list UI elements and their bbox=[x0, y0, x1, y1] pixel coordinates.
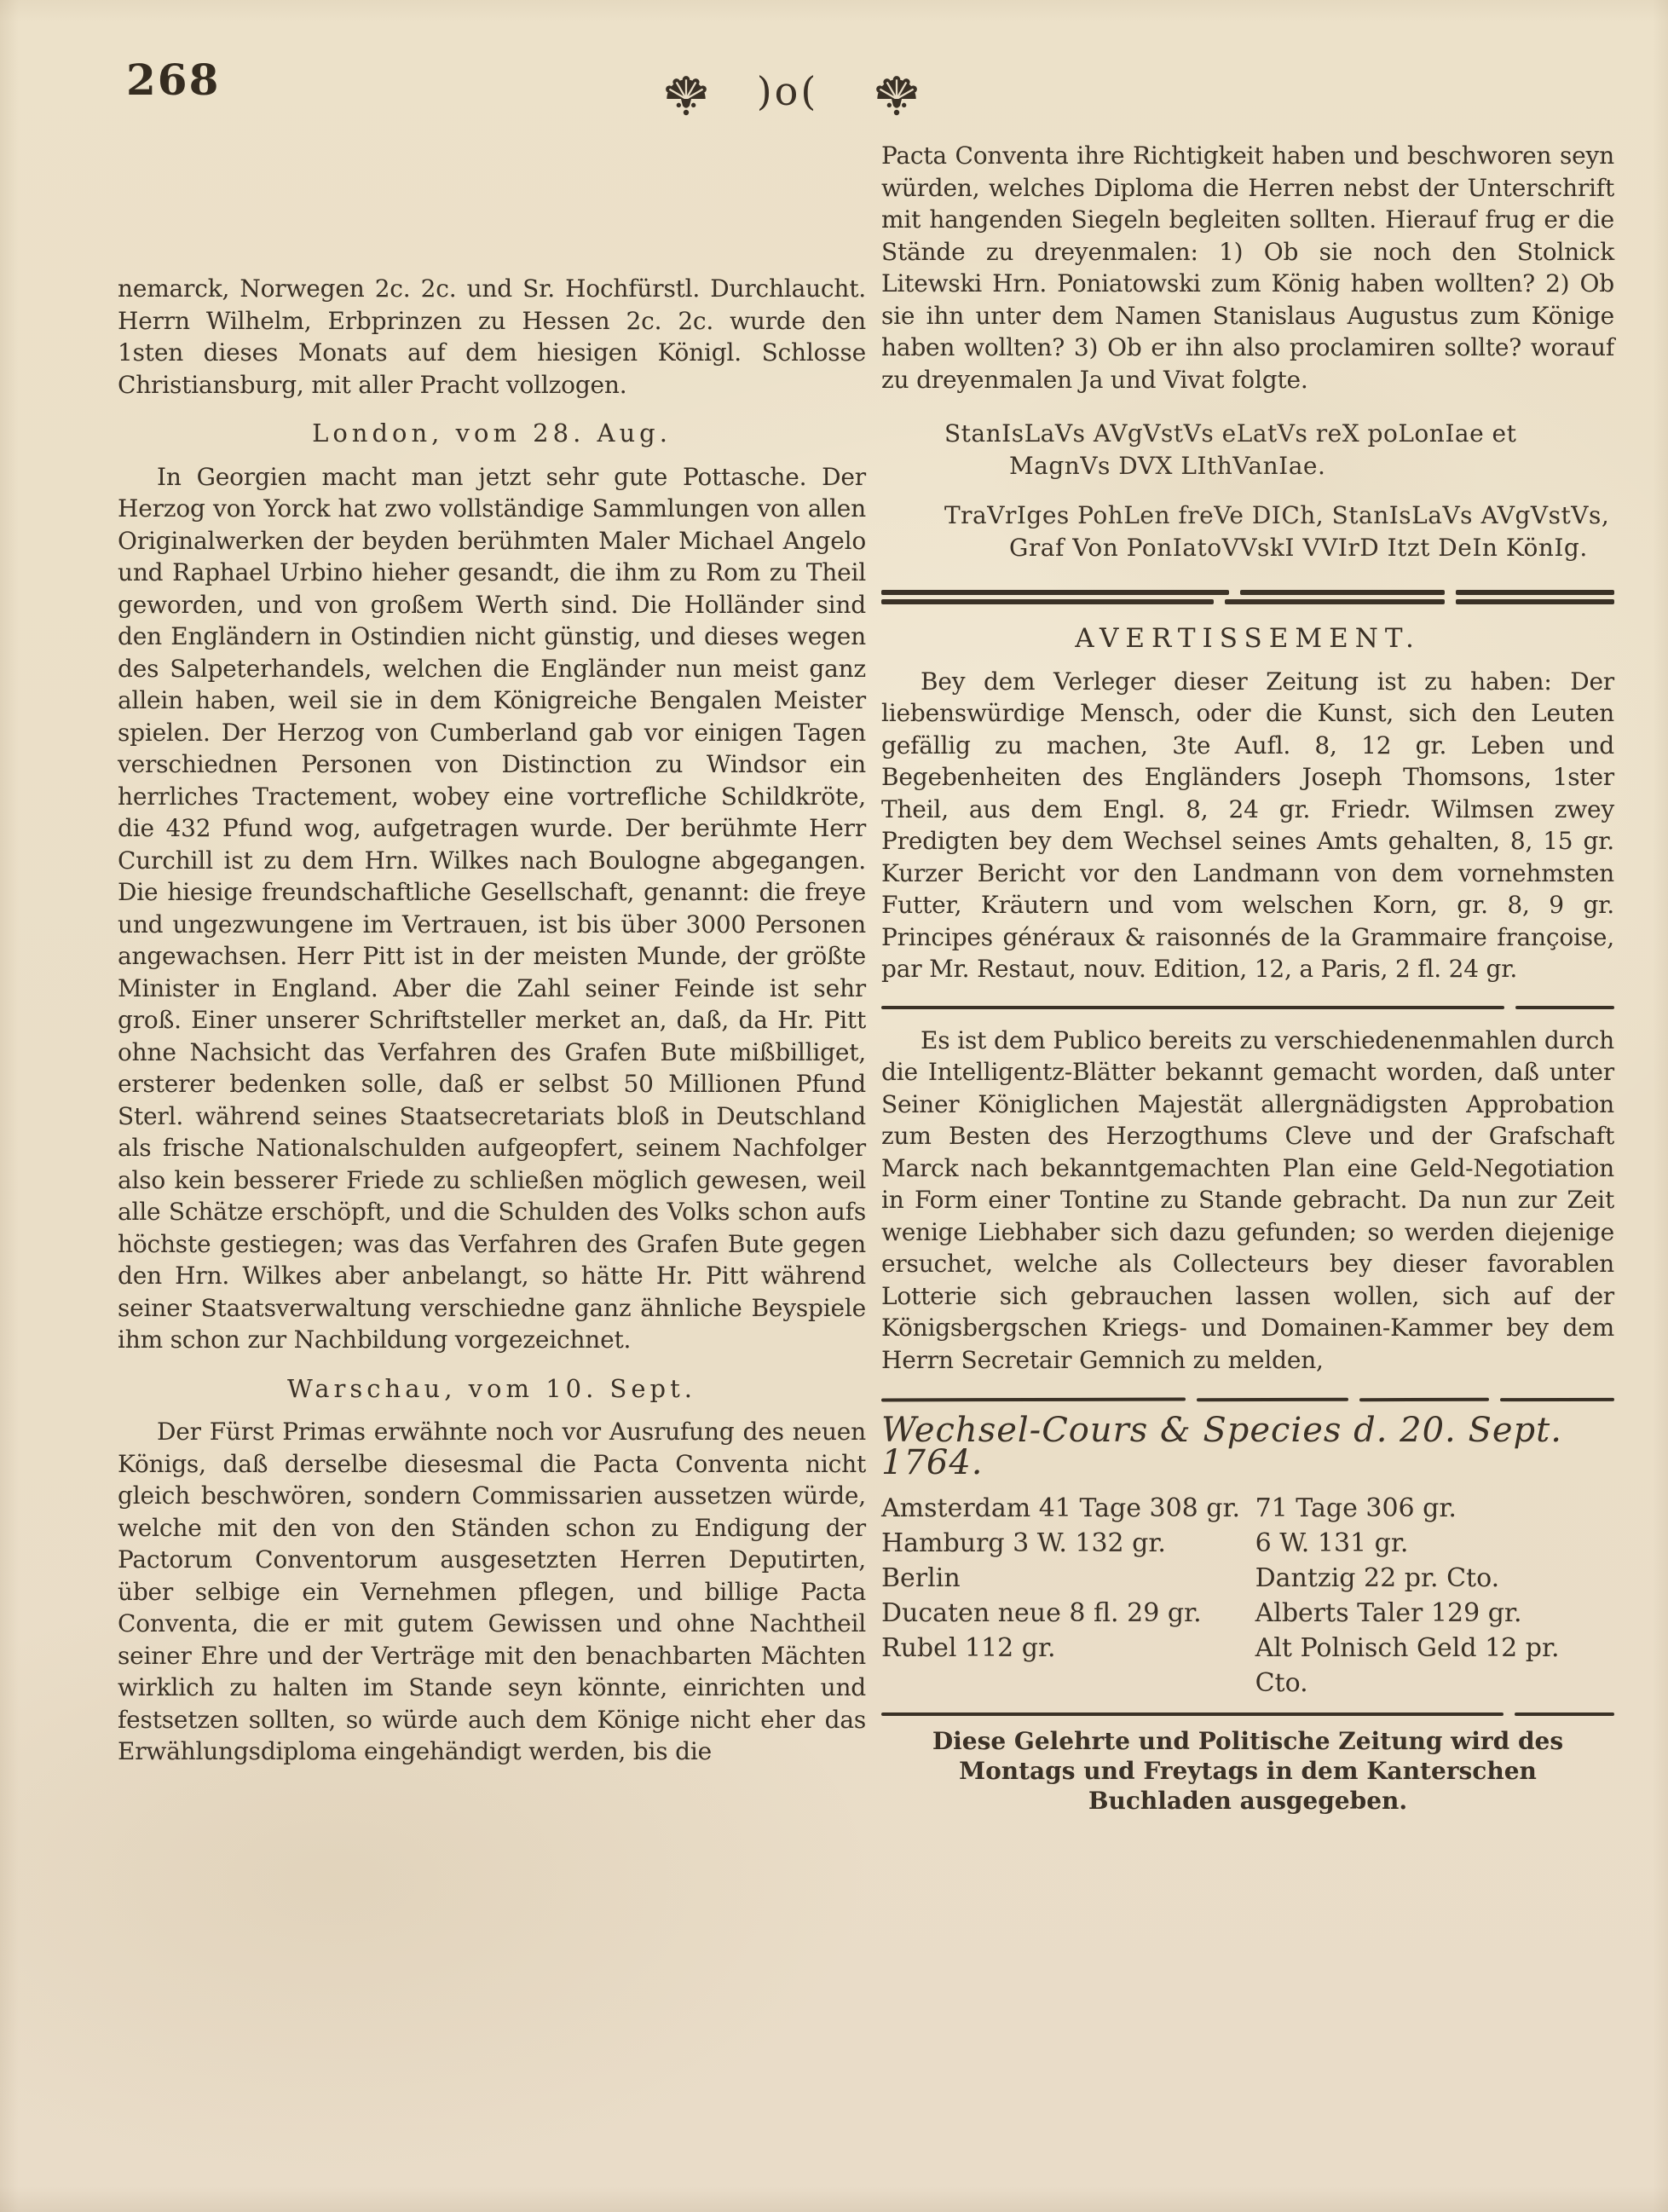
shell-ornament-icon bbox=[659, 66, 713, 118]
exchange-cell-left: Berlin bbox=[881, 1561, 1255, 1596]
continuation-paragraph-right: Pacta Conventa ihre Richtigkeit haben un… bbox=[881, 140, 1614, 396]
avertissement-body: Bey dem Verleger dieser Zeitung ist zu h… bbox=[881, 666, 1614, 985]
exchange-row: Amsterdam 41 Tage 308 gr. 71 Tage 306 gr… bbox=[881, 1491, 1614, 1526]
exchange-table-title: Wechsel-Cours & Species d. 20. Sept. 176… bbox=[881, 1415, 1614, 1479]
double-rule-divider bbox=[881, 590, 1614, 604]
tontine-notice: Es ist dem Publico bereits zu verschiede… bbox=[881, 1025, 1614, 1377]
page-number: 268 bbox=[126, 55, 220, 105]
exchange-cell-right: 71 Tage 306 gr. bbox=[1255, 1491, 1614, 1526]
section-divider-mark: )o( bbox=[745, 68, 830, 114]
avertissement-heading: AVERTISSEMENT. bbox=[881, 623, 1614, 656]
article-london: In Georgien macht man jetzt sehr gute Po… bbox=[118, 461, 866, 1356]
exchange-cell-right: Alberts Taler 129 gr. bbox=[1255, 1596, 1614, 1631]
rule-divider bbox=[881, 1006, 1614, 1009]
rule-divider-footer bbox=[881, 1712, 1614, 1716]
dateline-london: London, vom 28. Aug. bbox=[118, 418, 866, 450]
left-column: nemarck, Norwegen 2c. 2c. und Sr. Hochfü… bbox=[118, 273, 866, 1768]
exchange-cell-left: Amsterdam 41 Tage 308 gr. bbox=[881, 1491, 1255, 1526]
continuation-paragraph: nemarck, Norwegen 2c. 2c. und Sr. Hochfü… bbox=[118, 273, 866, 401]
dateline-warschau: Warschau, vom 10. Sept. bbox=[118, 1373, 866, 1406]
chronogram-latin: StanIsLaVs AVgVstVs eLatVs reX poLonIae … bbox=[881, 418, 1614, 482]
chronogram-german: TraVrIges PohLen freVe DICh, StanIsLaVs … bbox=[881, 500, 1614, 564]
shell-ornament-icon bbox=[869, 66, 924, 118]
footer-note: Diese Gelehrte und Politische Zeitung wi… bbox=[903, 1726, 1592, 1816]
exchange-cell-right: Dantzig 22 pr. Cto. bbox=[1255, 1561, 1614, 1596]
exchange-row: Ducaten neue 8 fl. 29 gr. Alberts Taler … bbox=[881, 1596, 1614, 1631]
newspaper-page: 268 )o( nemarck, Norwegen 2c. 2c. und Sr bbox=[0, 0, 1668, 2212]
exchange-cell-right: 6 W. 131 gr. bbox=[1255, 1526, 1614, 1561]
rule-divider-segmented bbox=[881, 1398, 1614, 1401]
exchange-row: Berlin Dantzig 22 pr. Cto. bbox=[881, 1561, 1614, 1596]
exchange-table: Wechsel-Cours & Species d. 20. Sept. 176… bbox=[881, 1415, 1614, 1701]
right-column: Pacta Conventa ihre Richtigkeit haben un… bbox=[881, 140, 1614, 1816]
exchange-cell-right: Alt Polnisch Geld 12 pr. Cto. bbox=[1255, 1631, 1614, 1701]
exchange-cell-left: Ducaten neue 8 fl. 29 gr. bbox=[881, 1596, 1255, 1631]
exchange-row: Hamburg 3 W. 132 gr. 6 W. 131 gr. bbox=[881, 1526, 1614, 1561]
exchange-cell-left: Rubel 112 gr. bbox=[881, 1631, 1255, 1701]
exchange-cell-left: Hamburg 3 W. 132 gr. bbox=[881, 1526, 1255, 1561]
article-warschau: Der Fürst Primas erwähnte noch vor Ausru… bbox=[118, 1416, 866, 1768]
exchange-row: Rubel 112 gr. Alt Polnisch Geld 12 pr. C… bbox=[881, 1631, 1614, 1701]
